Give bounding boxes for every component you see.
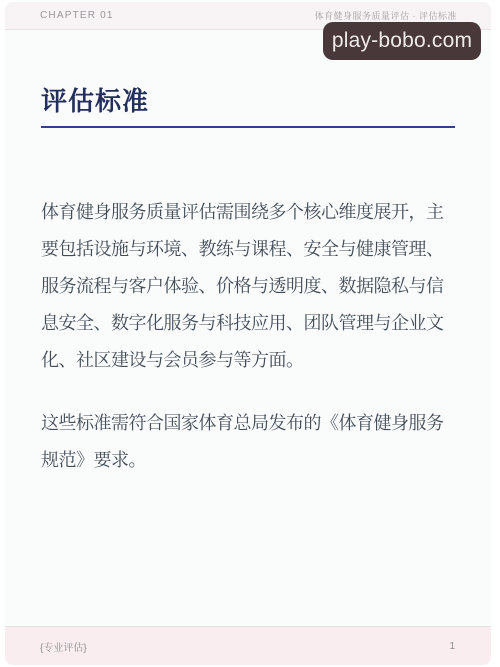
chapter-label: CHAPTER 01 <box>40 10 114 21</box>
page-content: 评估标准 体育健身服务质量评估需围绕多个核心维度展开，主 要包括设施与环境、教练… <box>5 86 491 479</box>
body-paragraph-2: 这些标准需符合国家体育总局发布的《体育健身服务 规范》要求。 <box>41 405 455 479</box>
page-footer: {专业评估} 1 <box>5 626 491 665</box>
watermark-label: play-bobo.com <box>332 29 472 53</box>
watermark-badge[interactable]: play-bobo.com <box>323 22 481 60</box>
page-number: 1 <box>449 641 455 652</box>
document-page: CHAPTER 01 体育健身服务质量评估 · 评估标准 评估标准 体育健身服务… <box>5 2 491 665</box>
page-title: 评估标准 <box>41 86 455 116</box>
body-paragraph-1: 体育健身服务质量评估需围绕多个核心维度展开，主 要包括设施与环境、教练与课程、安… <box>41 194 455 379</box>
breadcrumb: 体育健身服务质量评估 · 评估标准 <box>315 9 458 22</box>
footer-tag: {专业评估} <box>40 639 87 654</box>
title-divider <box>41 126 455 128</box>
